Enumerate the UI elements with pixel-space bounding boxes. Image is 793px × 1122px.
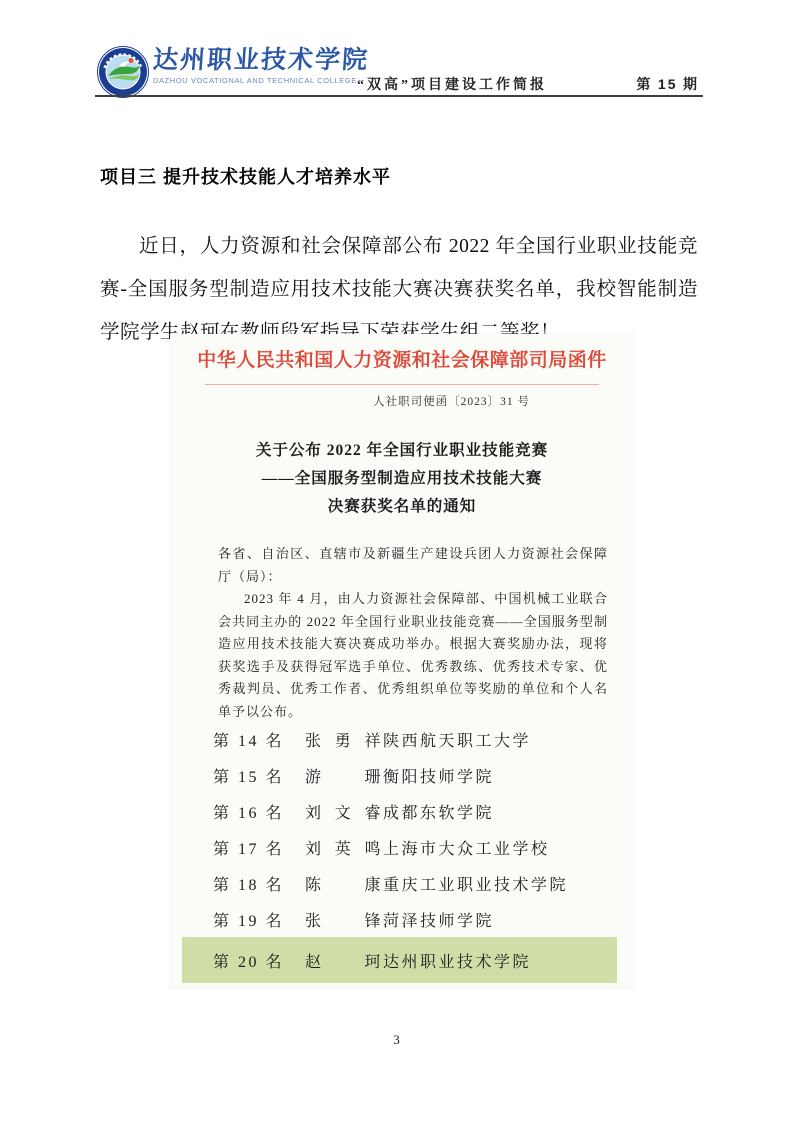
ranking-list: 第 14 名张勇祥陕西航天职工大学第 15 名游 珊衡阳技师学院第 16 名刘文… xyxy=(170,721,634,983)
college-name-cn: 达州职业技术学院 xyxy=(152,48,414,74)
ranking-row: 第 15 名游 珊衡阳技师学院 xyxy=(182,757,617,793)
rank-label: 第 16 名 xyxy=(213,800,305,823)
rank-label: 第 14 名 xyxy=(213,728,305,751)
notice-body: 2023 年 4 月，由人力资源社会保障部、中国机械工业联合会共同主办的 202… xyxy=(218,588,608,723)
bulletin-page: 达州职业技术学院 DAZHOU VOCATIONAL AND TECHNICAL… xyxy=(0,0,793,1122)
issue-prefix: 第 xyxy=(636,78,658,93)
ranking-row: 第 17 名刘英鸣上海市大众工业学校 xyxy=(182,829,617,865)
winner-school: 上海市大众工业学校 xyxy=(383,836,617,859)
ranking-row: 第 16 名刘文睿成都东软学院 xyxy=(182,793,617,829)
winner-name: 刘英鸣 xyxy=(305,836,383,859)
ranking-row: 第 14 名张勇祥陕西航天职工大学 xyxy=(182,721,617,757)
rank-label: 第 20 名 xyxy=(213,949,305,972)
winner-school: 成都东软学院 xyxy=(383,800,617,823)
winner-school: 达州职业技术学院 xyxy=(383,949,617,972)
ranking-row: 第 20 名赵 珂达州职业技术学院 xyxy=(182,937,617,983)
winner-school: 衡阳技师学院 xyxy=(383,764,617,787)
page-number: 3 xyxy=(0,1032,793,1048)
winner-name: 刘文睿 xyxy=(305,800,383,823)
issue-suffix: 期 xyxy=(678,78,700,93)
winner-name: 张 锋 xyxy=(305,908,383,931)
official-letter-scan: 中华人民共和国人力资源和社会保障部司局函件 人社职司便函〔2023〕31 号 关… xyxy=(170,334,634,988)
winner-school: 重庆工业职业技术学院 xyxy=(383,872,617,895)
winner-name: 赵 珂 xyxy=(305,949,383,972)
document-number: 人社职司便函〔2023〕31 号 xyxy=(170,393,634,409)
ranking-row: 第 18 名陈 康重庆工业职业技术学院 xyxy=(182,865,617,901)
notice-title-line: 关于公布 2022 年全国行业职业技能竞赛 xyxy=(170,437,634,465)
issue-label: 第 15 期 xyxy=(636,74,699,94)
notice-title-line: 决赛获奖名单的通知 xyxy=(170,493,634,521)
notice-title: 关于公布 2022 年全国行业职业技能竞赛 ——全国服务型制造应用技术技能大赛 … xyxy=(170,437,634,521)
letterhead-divider xyxy=(205,384,599,385)
winner-name: 张勇祥 xyxy=(305,728,383,751)
college-logo-icon xyxy=(97,46,149,98)
header-divider xyxy=(95,95,703,97)
issue-number: 15 xyxy=(658,76,678,92)
rank-label: 第 17 名 xyxy=(213,836,305,859)
winner-name: 游 珊 xyxy=(305,764,383,787)
ranking-row: 第 19 名张 锋菏泽技师学院 xyxy=(182,901,617,937)
bulletin-title: “双高”项目建设工作简报 xyxy=(357,74,547,94)
winner-school: 陕西航天职工大学 xyxy=(383,728,617,751)
rank-label: 第 15 名 xyxy=(213,764,305,787)
notice-title-line: ——全国服务型制造应用技术技能大赛 xyxy=(170,465,634,493)
winner-school: 菏泽技师学院 xyxy=(383,908,617,931)
rank-label: 第 19 名 xyxy=(213,908,305,931)
section-title: 项目三 提升技术技能人才培养水平 xyxy=(100,163,700,189)
masthead: 达州职业技术学院 DAZHOU VOCATIONAL AND TECHNICAL… xyxy=(95,46,703,96)
winner-name: 陈 康 xyxy=(305,872,383,895)
rank-label: 第 18 名 xyxy=(213,872,305,895)
letterhead-title: 中华人民共和国人力资源和社会保障部司局函件 xyxy=(170,345,634,372)
notice-salutation: 各省、自治区、直辖市及新疆生产建设兵团人力资源社会保障厅（局）： xyxy=(218,543,608,588)
